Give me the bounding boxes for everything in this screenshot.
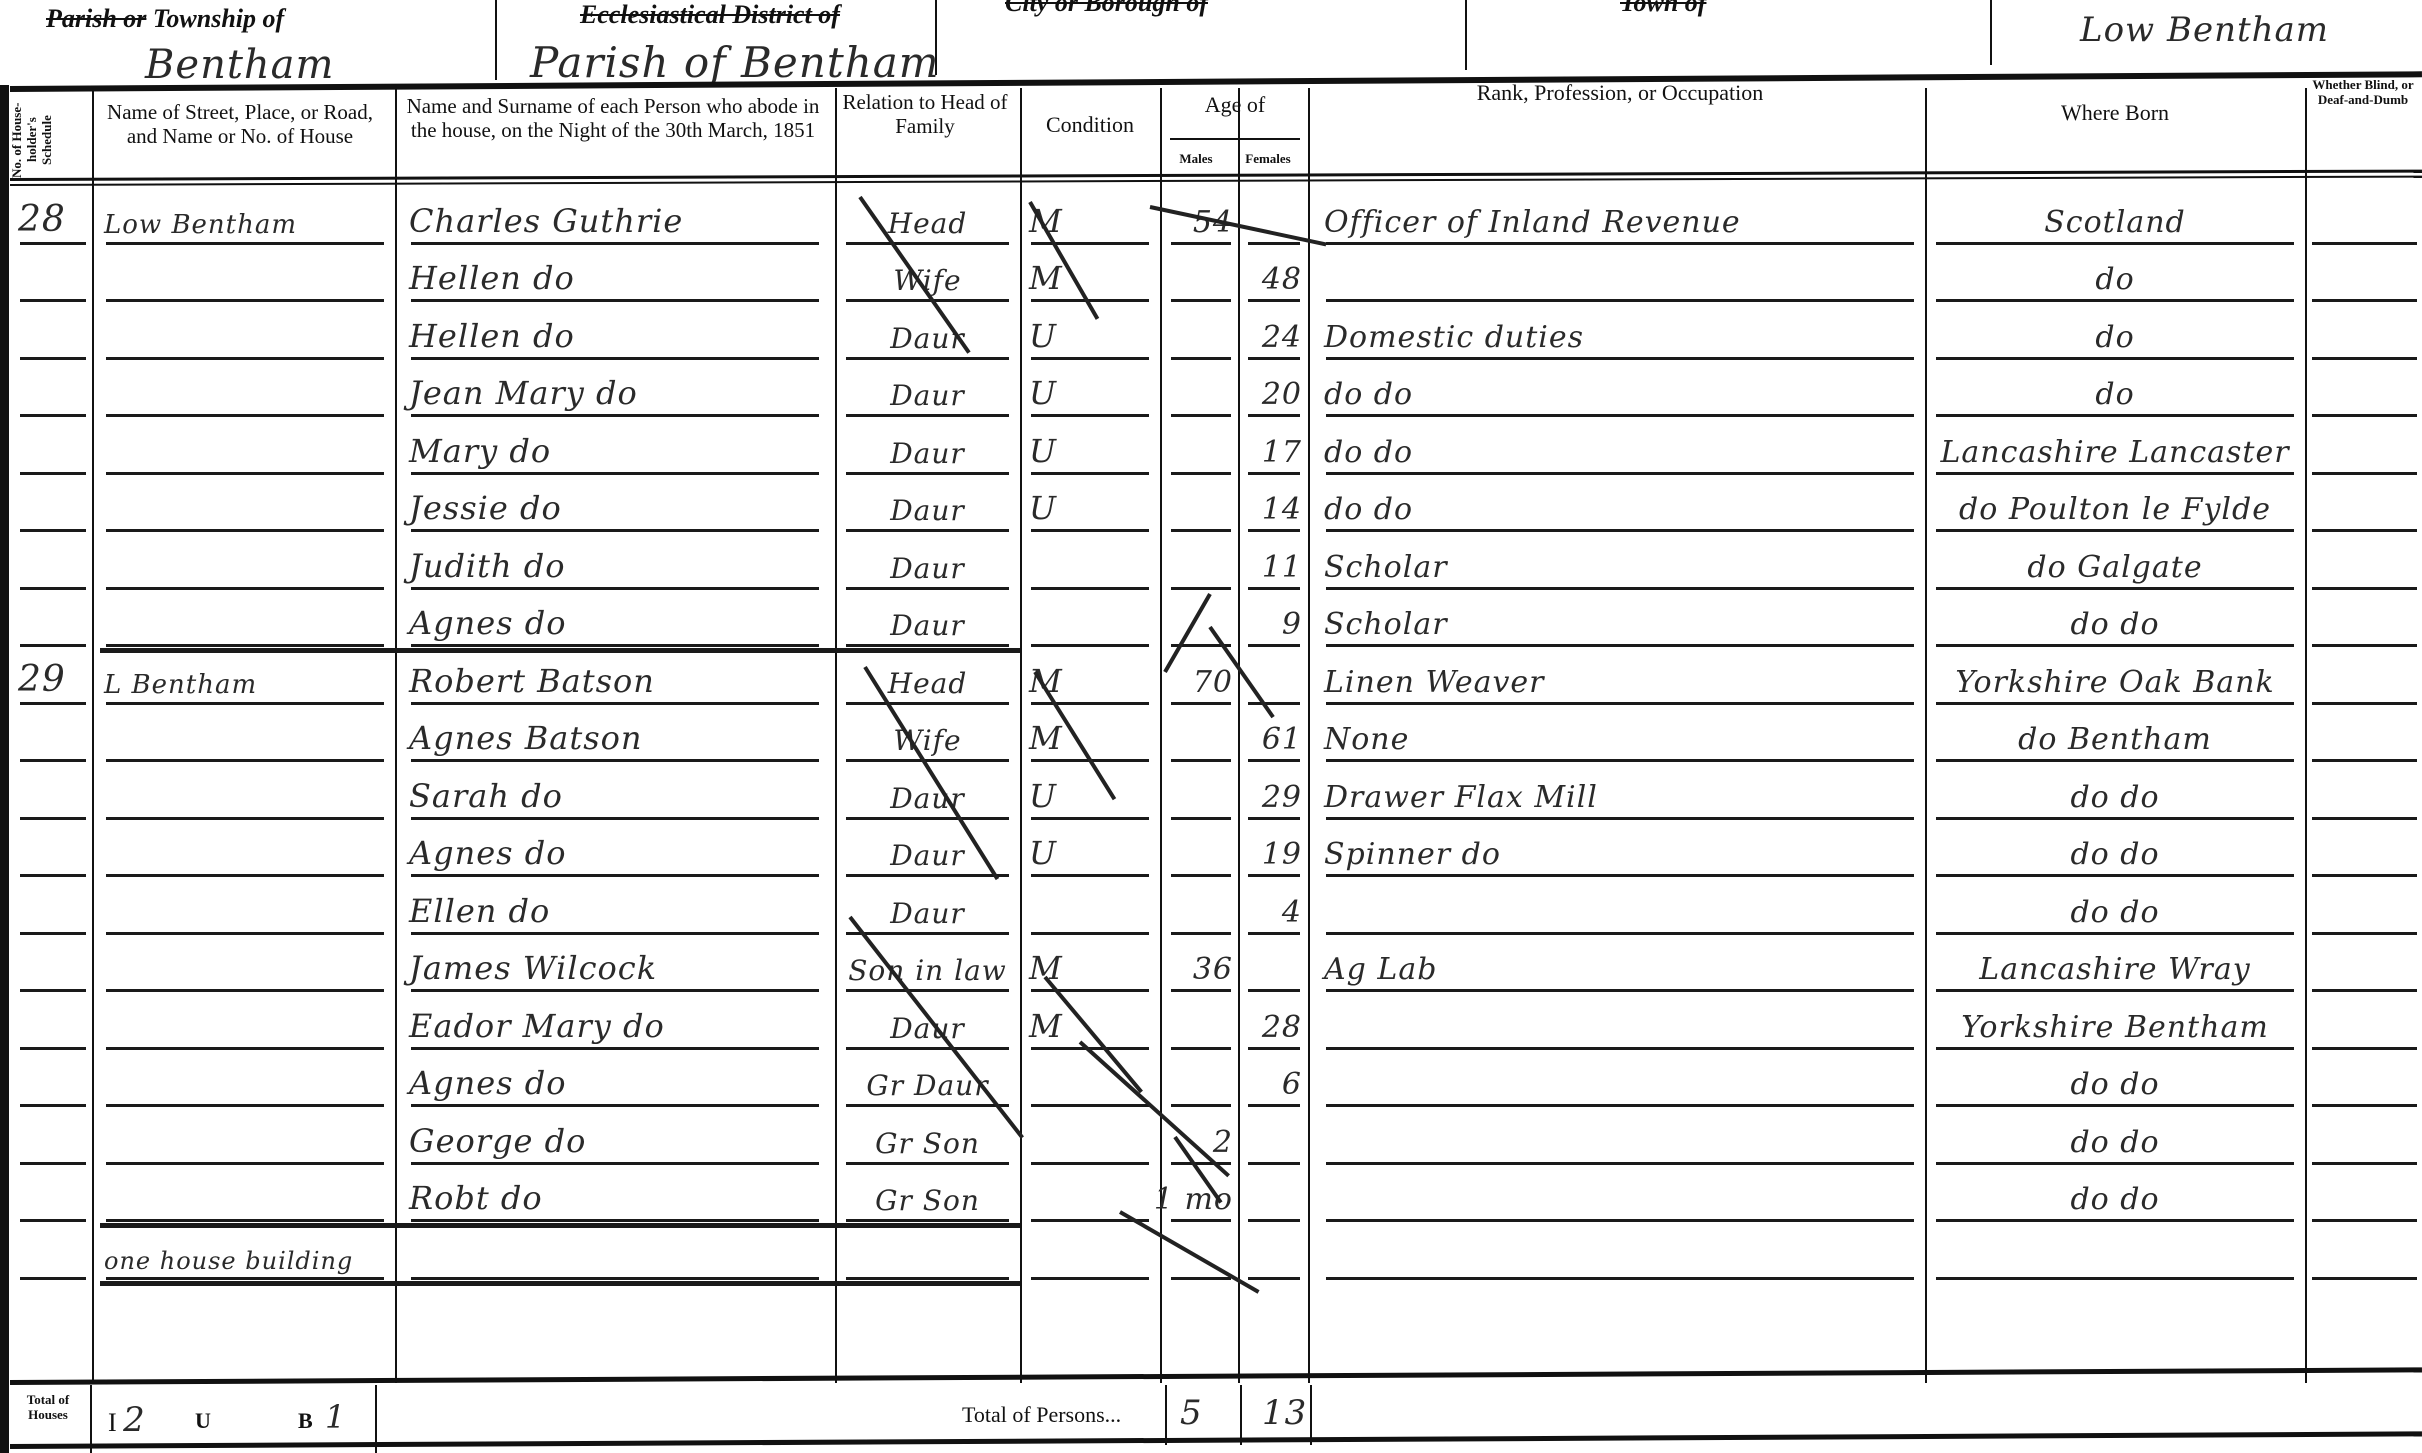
ruled-line bbox=[1171, 357, 1231, 360]
divider bbox=[1310, 1385, 1312, 1445]
cell-born: do do bbox=[1934, 880, 2296, 930]
ruled-line bbox=[1326, 242, 1914, 245]
ruled-line bbox=[1248, 587, 1300, 590]
cell-male-age bbox=[1169, 1053, 1233, 1103]
ruled-line bbox=[1171, 1104, 1231, 1107]
ruled-line bbox=[1031, 1277, 1149, 1280]
ruled-line bbox=[106, 299, 384, 302]
ruled-line bbox=[1171, 702, 1231, 705]
cell-schedule bbox=[18, 1110, 88, 1160]
ruled-line bbox=[1248, 759, 1300, 762]
ruled-line bbox=[1171, 587, 1231, 590]
cell-male-age bbox=[1169, 305, 1233, 355]
ruled-line bbox=[20, 1162, 86, 1165]
ruled-line bbox=[846, 702, 1009, 705]
cell-occupation bbox=[1324, 1053, 1916, 1103]
cell-relation: Gr Son bbox=[844, 1168, 1011, 1218]
ruled-line bbox=[1248, 817, 1300, 820]
ruled-line bbox=[1326, 989, 1914, 992]
ruled-line bbox=[1936, 472, 2294, 475]
cell-born: Lancashire Wray bbox=[1934, 938, 2296, 988]
ruled-line bbox=[846, 1047, 1009, 1050]
cell-name: Charles Guthrie bbox=[409, 190, 821, 240]
ruled-line bbox=[1031, 357, 1149, 360]
total-females: 13 bbox=[1262, 1393, 1307, 1433]
ecclesiastical-value: Parish of Bentham bbox=[530, 38, 940, 87]
ruled-line bbox=[846, 989, 1009, 992]
cell-male-age bbox=[1169, 765, 1233, 815]
ruled-line bbox=[20, 817, 86, 820]
ruled-line bbox=[2312, 1162, 2417, 1165]
cell-born: do do bbox=[1934, 765, 2296, 815]
col-occupation-header: Rank, Profession, or Occupation bbox=[1380, 80, 1860, 105]
ruled-line bbox=[1936, 587, 2294, 590]
ruled-line bbox=[1171, 242, 1231, 245]
cell-occupation: do do bbox=[1324, 420, 1916, 470]
ruled-line bbox=[1248, 529, 1300, 532]
ruled-line bbox=[1936, 874, 2294, 877]
ruled-line bbox=[846, 644, 1009, 647]
ruled-line bbox=[1326, 299, 1914, 302]
houses-inhabited-count: 2 bbox=[123, 1400, 146, 1440]
ruled-line bbox=[411, 759, 819, 762]
ruled-line bbox=[20, 644, 86, 647]
cell-male-age: 36 bbox=[1169, 938, 1233, 988]
ruled-line bbox=[20, 1104, 86, 1107]
ruled-line bbox=[1248, 1162, 1300, 1165]
ruled-line bbox=[1171, 1162, 1231, 1165]
cell-male-age bbox=[1169, 823, 1233, 873]
cell-female-age bbox=[1246, 1225, 1302, 1275]
ruled-line bbox=[1936, 759, 2294, 762]
ruled-line bbox=[411, 472, 819, 475]
cell-street bbox=[104, 995, 386, 1045]
cell-name: Agnes do bbox=[409, 823, 821, 873]
ruled-line bbox=[411, 1104, 819, 1107]
cell-born: Yorkshire Bentham bbox=[1934, 995, 2296, 1045]
cell-female-age bbox=[1246, 938, 1302, 988]
divider bbox=[1165, 1385, 1167, 1445]
cell-occupation: Domestic duties bbox=[1324, 305, 1916, 355]
cell-born bbox=[1934, 1225, 2296, 1275]
ruled-line bbox=[1936, 242, 2294, 245]
totals-top-rule bbox=[10, 1367, 2422, 1385]
cell-female-age bbox=[1246, 1168, 1302, 1218]
cell-condition bbox=[1029, 1110, 1151, 1160]
cell-name: Agnes do bbox=[409, 593, 821, 643]
cell-schedule bbox=[18, 708, 88, 758]
ruled-line bbox=[411, 817, 819, 820]
ruled-line bbox=[1936, 1047, 2294, 1050]
ruled-line bbox=[2312, 1047, 2417, 1050]
ruled-line bbox=[1031, 644, 1149, 647]
col-males-header: Males bbox=[1160, 152, 1232, 167]
cell-relation: Daur bbox=[844, 593, 1011, 643]
cell-schedule bbox=[18, 765, 88, 815]
ruled-line bbox=[411, 529, 819, 532]
cell-street: Low Bentham bbox=[104, 190, 386, 240]
ruled-line bbox=[20, 357, 86, 360]
cell-male-age bbox=[1169, 593, 1233, 643]
ruled-line bbox=[1326, 1104, 1914, 1107]
ruled-line bbox=[2312, 414, 2417, 417]
ruled-line bbox=[1171, 759, 1231, 762]
ruled-line bbox=[2312, 759, 2417, 762]
cell-schedule bbox=[18, 248, 88, 298]
cell-relation: Daur bbox=[844, 765, 1011, 815]
ruled-line bbox=[846, 932, 1009, 935]
ruled-line bbox=[411, 644, 819, 647]
cell-name: Jessie do bbox=[409, 478, 821, 528]
ruled-line bbox=[1031, 1104, 1149, 1107]
cell-name: George do bbox=[409, 1110, 821, 1160]
age-divider bbox=[1170, 138, 1300, 140]
ruled-line bbox=[20, 1277, 86, 1280]
cell-street: one house building bbox=[104, 1225, 386, 1275]
ruled-line bbox=[20, 1219, 86, 1222]
cell-condition bbox=[1029, 1168, 1151, 1218]
ruled-line bbox=[106, 529, 384, 532]
cell-street bbox=[104, 1053, 386, 1103]
ruled-line bbox=[1248, 299, 1300, 302]
ruled-line bbox=[1936, 989, 2294, 992]
cell-occupation bbox=[1324, 1110, 1916, 1160]
cell-born: do Poulton le Fylde bbox=[1934, 478, 2296, 528]
ruled-line bbox=[106, 1219, 384, 1222]
divider bbox=[495, 0, 497, 80]
cell-female-age: 11 bbox=[1246, 535, 1302, 585]
ruled-line bbox=[20, 472, 86, 475]
ruled-line bbox=[2312, 529, 2417, 532]
ruled-line bbox=[411, 414, 819, 417]
cell-street bbox=[104, 535, 386, 585]
cell-condition: M bbox=[1029, 708, 1151, 758]
ruled-line bbox=[20, 242, 86, 245]
houses-building-prefix: B bbox=[298, 1408, 313, 1434]
ruled-line bbox=[1031, 529, 1149, 532]
ruled-line bbox=[411, 357, 819, 360]
cell-male-age bbox=[1169, 478, 1233, 528]
cell-street bbox=[104, 1110, 386, 1160]
ruled-line bbox=[1031, 702, 1149, 705]
ruled-line bbox=[846, 529, 1009, 532]
cell-born: do bbox=[1934, 248, 2296, 298]
household-separator bbox=[100, 648, 1020, 653]
cell-condition bbox=[1029, 535, 1151, 585]
cell-male-age bbox=[1169, 363, 1233, 413]
ruled-line bbox=[411, 1047, 819, 1050]
cell-male-age bbox=[1169, 880, 1233, 930]
cell-condition: U bbox=[1029, 363, 1151, 413]
ruled-line bbox=[1326, 874, 1914, 877]
ruled-line bbox=[20, 932, 86, 935]
cell-relation: Daur bbox=[844, 420, 1011, 470]
ruled-line bbox=[411, 587, 819, 590]
cell-born: do Bentham bbox=[1934, 708, 2296, 758]
ruled-line bbox=[1248, 932, 1300, 935]
ruled-line bbox=[20, 989, 86, 992]
ruled-line bbox=[1248, 989, 1300, 992]
ruled-line bbox=[1031, 242, 1149, 245]
ruled-line bbox=[2312, 1104, 2417, 1107]
ruled-line bbox=[1936, 644, 2294, 647]
cell-female-age: 24 bbox=[1246, 305, 1302, 355]
ruled-line bbox=[411, 299, 819, 302]
divider bbox=[1990, 0, 1992, 65]
ruled-line bbox=[106, 587, 384, 590]
cell-name: Ellen do bbox=[409, 880, 821, 930]
ruled-line bbox=[1171, 299, 1231, 302]
cell-female-age: 20 bbox=[1246, 363, 1302, 413]
cell-condition: U bbox=[1029, 420, 1151, 470]
cell-schedule bbox=[18, 823, 88, 873]
ruled-line bbox=[846, 759, 1009, 762]
cell-occupation: Drawer Flax Mill bbox=[1324, 765, 1916, 815]
ruled-line bbox=[1326, 1219, 1914, 1222]
total-houses-label: Total of Houses bbox=[12, 1393, 84, 1423]
cell-relation: Gr Son bbox=[844, 1110, 1011, 1160]
ruled-line bbox=[20, 414, 86, 417]
cell-condition: U bbox=[1029, 823, 1151, 873]
ruled-line bbox=[1326, 1162, 1914, 1165]
ruled-line bbox=[106, 702, 384, 705]
houses-inhabited: I 2 bbox=[108, 1400, 146, 1440]
ecclesiastical-label: Ecclesiastical District of bbox=[580, 0, 840, 30]
cell-street bbox=[104, 593, 386, 643]
houses-building-count: 1 bbox=[325, 1398, 346, 1436]
ruled-line bbox=[106, 644, 384, 647]
ruled-line bbox=[1171, 1047, 1231, 1050]
cell-female-age: 48 bbox=[1246, 248, 1302, 298]
col-condition-header: Condition bbox=[1020, 112, 1160, 137]
column-divider bbox=[1925, 88, 1927, 1383]
ruled-line bbox=[1936, 1162, 2294, 1165]
cell-born: Lancashire Lancaster bbox=[1934, 420, 2296, 470]
cell-female-age bbox=[1246, 1110, 1302, 1160]
column-divider bbox=[1308, 88, 1310, 1383]
ruled-line bbox=[2312, 702, 2417, 705]
cell-occupation: Scholar bbox=[1324, 535, 1916, 585]
cell-relation: Daur bbox=[844, 880, 1011, 930]
ruled-line bbox=[1326, 587, 1914, 590]
cell-name: Robert Batson bbox=[409, 650, 821, 700]
cell-occupation: Ag Lab bbox=[1324, 938, 1916, 988]
ruled-line bbox=[1326, 529, 1914, 532]
township-label: Township of bbox=[153, 4, 284, 33]
cell-occupation: None bbox=[1324, 708, 1916, 758]
ruled-line bbox=[846, 1162, 1009, 1165]
ruled-line bbox=[846, 817, 1009, 820]
cell-relation: Daur bbox=[844, 363, 1011, 413]
cell-condition: U bbox=[1029, 478, 1151, 528]
ruled-line bbox=[1248, 242, 1300, 245]
ruled-line bbox=[2312, 1277, 2417, 1280]
cell-occupation: Scholar bbox=[1324, 593, 1916, 643]
ruled-line bbox=[1936, 357, 2294, 360]
cell-street bbox=[104, 420, 386, 470]
column-divider bbox=[395, 88, 397, 1383]
ruled-line bbox=[1326, 702, 1914, 705]
divider bbox=[1240, 1385, 1242, 1445]
ruled-line bbox=[846, 472, 1009, 475]
cell-name: Mary do bbox=[409, 420, 821, 470]
ruled-line bbox=[1248, 874, 1300, 877]
ruled-line bbox=[2312, 644, 2417, 647]
cell-street bbox=[104, 363, 386, 413]
cell-occupation: Linen Weaver bbox=[1324, 650, 1916, 700]
cell-female-age: 19 bbox=[1246, 823, 1302, 873]
column-divider bbox=[92, 88, 94, 1383]
cell-name: James Wilcock bbox=[409, 938, 821, 988]
cell-street bbox=[104, 880, 386, 930]
cell-street bbox=[104, 708, 386, 758]
cell-female-age: 17 bbox=[1246, 420, 1302, 470]
col-street-header: Name of Street, Place, or Road, and Name… bbox=[90, 100, 390, 148]
cell-born: Yorkshire Oak Bank bbox=[1934, 650, 2296, 700]
cell-occupation: do do bbox=[1324, 478, 1916, 528]
ruled-line bbox=[1031, 472, 1149, 475]
ruled-line bbox=[20, 587, 86, 590]
col-blind-header: Whether Blind, or Deaf-and-Dumb bbox=[2308, 78, 2418, 108]
ruled-line bbox=[1248, 1104, 1300, 1107]
ruled-line bbox=[106, 242, 384, 245]
ruled-line bbox=[846, 587, 1009, 590]
cell-street bbox=[104, 765, 386, 815]
ruled-line bbox=[106, 1162, 384, 1165]
ruled-line bbox=[2312, 817, 2417, 820]
ruled-line bbox=[1936, 817, 2294, 820]
ruled-line bbox=[1248, 1277, 1300, 1280]
column-divider bbox=[1238, 88, 1240, 1383]
ruled-line bbox=[106, 472, 384, 475]
ruled-line bbox=[1031, 932, 1149, 935]
cell-schedule bbox=[18, 1053, 88, 1103]
ruled-line bbox=[1326, 1047, 1914, 1050]
ruled-line bbox=[20, 1047, 86, 1050]
divider bbox=[1465, 0, 1467, 70]
ruled-line bbox=[846, 357, 1009, 360]
ruled-line bbox=[411, 702, 819, 705]
cell-born: do do bbox=[1934, 593, 2296, 643]
parish-value: Bentham bbox=[145, 42, 334, 88]
ruled-line bbox=[1171, 414, 1231, 417]
ruled-line bbox=[1171, 472, 1231, 475]
ruled-line bbox=[2312, 1219, 2417, 1222]
ruled-line bbox=[1326, 644, 1914, 647]
cell-born: do Galgate bbox=[1934, 535, 2296, 585]
cell-relation bbox=[844, 1225, 1011, 1275]
cell-occupation bbox=[1324, 1168, 1916, 1218]
ruled-line bbox=[411, 932, 819, 935]
ruled-line bbox=[1248, 414, 1300, 417]
ruled-line bbox=[411, 1162, 819, 1165]
cell-relation: Wife bbox=[844, 708, 1011, 758]
ruled-line bbox=[1171, 529, 1231, 532]
ruled-line bbox=[846, 1277, 1009, 1280]
ruled-line bbox=[106, 759, 384, 762]
cell-street bbox=[104, 248, 386, 298]
cell-schedule bbox=[18, 1168, 88, 1218]
cell-schedule bbox=[18, 363, 88, 413]
cell-born: do bbox=[1934, 305, 2296, 355]
cell-schedule bbox=[18, 880, 88, 930]
ruled-line bbox=[1171, 989, 1231, 992]
page-bottom-rule bbox=[10, 1431, 2422, 1449]
ruled-line bbox=[20, 529, 86, 532]
cell-occupation bbox=[1324, 880, 1916, 930]
cell-street: L Bentham bbox=[104, 650, 386, 700]
ruled-line bbox=[846, 874, 1009, 877]
cell-female-age: 14 bbox=[1246, 478, 1302, 528]
column-divider bbox=[2305, 88, 2307, 1383]
cell-schedule bbox=[18, 478, 88, 528]
col-age-header: Age of bbox=[1160, 92, 1310, 117]
ruled-line bbox=[1171, 874, 1231, 877]
ruled-line bbox=[1248, 472, 1300, 475]
cell-male-age: 70 bbox=[1169, 650, 1233, 700]
ruled-line bbox=[2312, 587, 2417, 590]
cell-schedule: 29 bbox=[18, 650, 88, 700]
household-separator bbox=[100, 1223, 1020, 1228]
ruled-line bbox=[1936, 1277, 2294, 1280]
ruled-line bbox=[411, 989, 819, 992]
cell-condition bbox=[1029, 593, 1151, 643]
header-rule bbox=[10, 71, 2422, 92]
col-females-header: Females bbox=[1232, 152, 1304, 167]
ruled-line bbox=[411, 874, 819, 877]
cell-schedule bbox=[18, 535, 88, 585]
cell-schedule: 28 bbox=[18, 190, 88, 240]
cell-street bbox=[104, 938, 386, 988]
cell-male-age bbox=[1169, 248, 1233, 298]
cell-name: Robt do bbox=[409, 1168, 821, 1218]
ruled-line bbox=[1031, 989, 1149, 992]
ruled-line bbox=[1171, 1219, 1231, 1222]
column-divider bbox=[1020, 88, 1022, 1383]
ruled-line bbox=[846, 1219, 1009, 1222]
cell-schedule bbox=[18, 420, 88, 470]
ruled-line bbox=[1031, 414, 1149, 417]
cell-born: do do bbox=[1934, 1110, 2296, 1160]
ruled-line bbox=[106, 932, 384, 935]
cell-condition bbox=[1029, 1053, 1151, 1103]
cell-female-age: 4 bbox=[1246, 880, 1302, 930]
ruled-line bbox=[1248, 644, 1300, 647]
cell-name: Agnes do bbox=[409, 1053, 821, 1103]
parish-label: Parish or Township of bbox=[46, 4, 284, 34]
ruled-line bbox=[846, 242, 1009, 245]
ruled-line bbox=[106, 989, 384, 992]
cell-schedule bbox=[18, 938, 88, 988]
ruled-line bbox=[1936, 414, 2294, 417]
ruled-line bbox=[411, 1219, 819, 1222]
cell-male-age bbox=[1169, 995, 1233, 1045]
ruled-line bbox=[1326, 472, 1914, 475]
ruled-line bbox=[106, 1047, 384, 1050]
cell-street bbox=[104, 823, 386, 873]
ruled-line bbox=[1936, 1104, 2294, 1107]
cell-relation: Daur bbox=[844, 535, 1011, 585]
cell-condition: U bbox=[1029, 305, 1151, 355]
ruled-line bbox=[2312, 874, 2417, 877]
ruled-line bbox=[846, 414, 1009, 417]
cell-born: do do bbox=[1934, 1168, 2296, 1218]
cell-name: Sarah do bbox=[409, 765, 821, 815]
ruled-line bbox=[20, 299, 86, 302]
ruled-line bbox=[1326, 1277, 1914, 1280]
cell-male-age bbox=[1169, 535, 1233, 585]
cell-born: do bbox=[1934, 363, 2296, 413]
